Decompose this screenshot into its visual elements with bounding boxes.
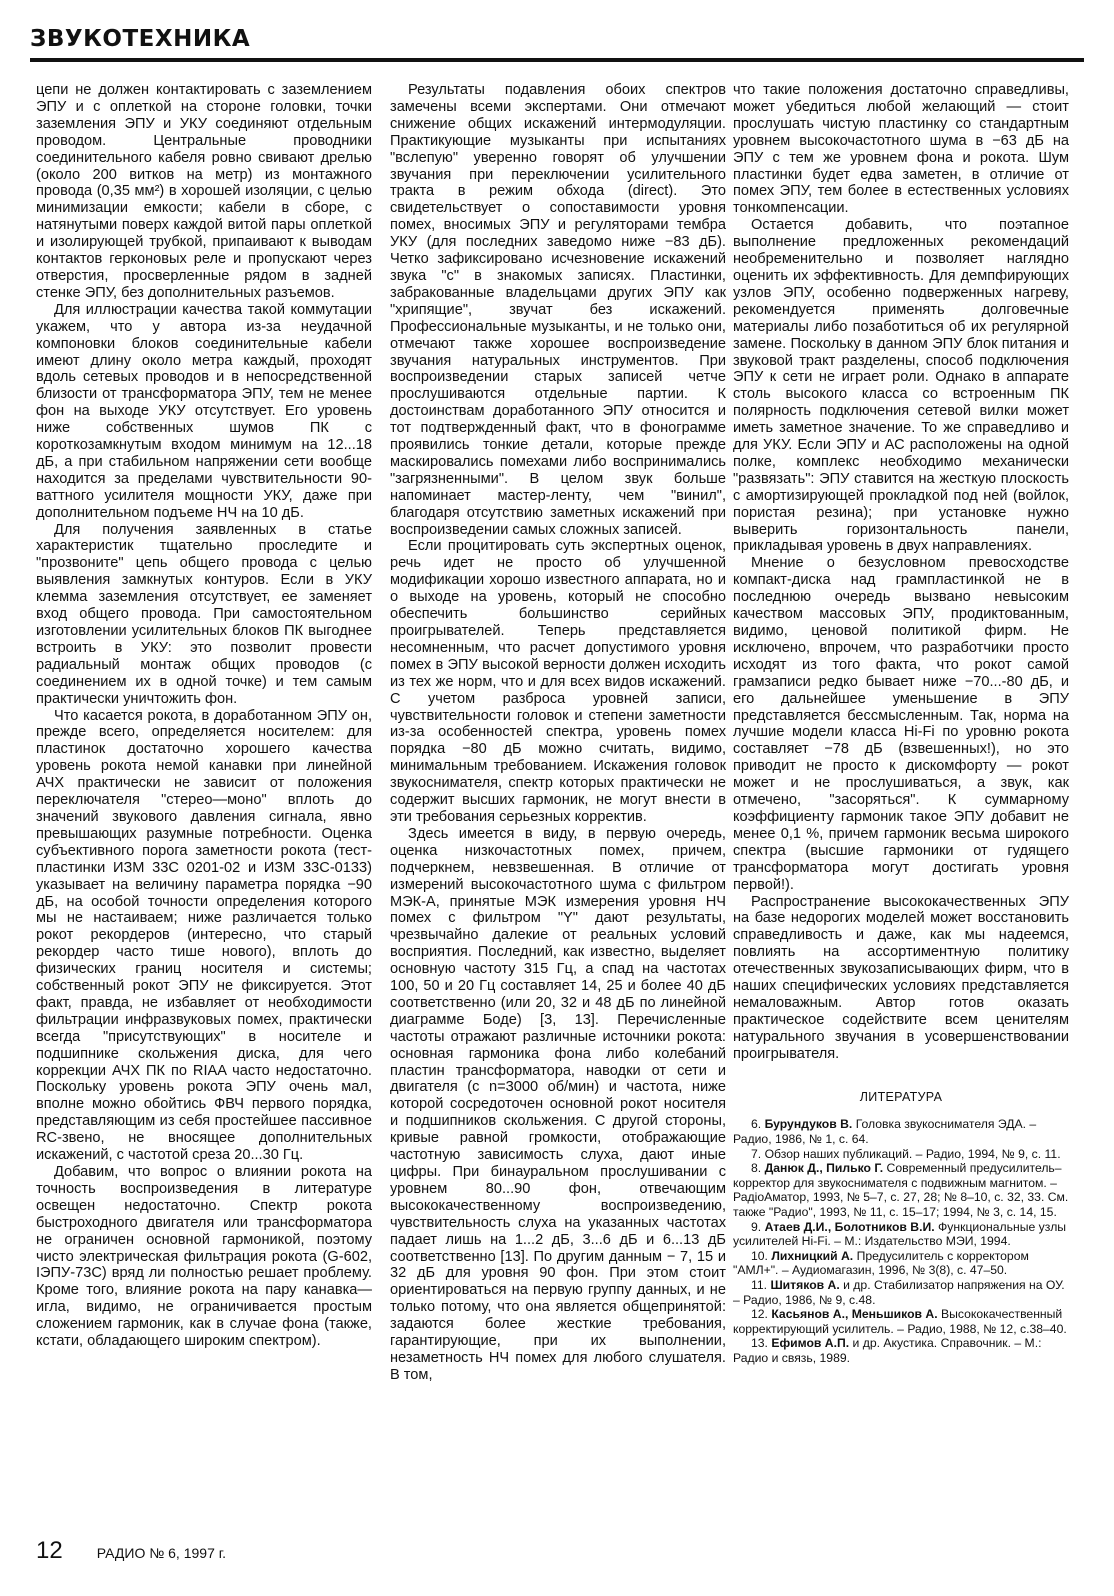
references-list: 6. Бурундуков В. Головка звукоснимателя … — [733, 1117, 1069, 1365]
page-number: 12 — [36, 1537, 63, 1565]
article-column-3: что такие положения достаточно справедли… — [733, 82, 1069, 1366]
paragraph: Для иллюстрации качества такой коммутаци… — [36, 302, 372, 522]
reference-item: 6. Бурундуков В. Головка звукоснимателя … — [733, 1117, 1069, 1146]
paragraph: Результаты подавления обоих спектров зам… — [390, 82, 726, 538]
reference-number: 11. — [751, 1278, 767, 1292]
paragraph: цепи не должен контактировать с заземлен… — [36, 82, 372, 302]
paragraph: Мнение о безусловном превосходстве компа… — [733, 555, 1069, 893]
reference-item: 11. Шитяков А. и др. Стабилизатор напряж… — [733, 1278, 1069, 1307]
reference-item: 12. Касьянов А., Меньшиков А. Высококаче… — [733, 1307, 1069, 1336]
reference-authors: Касьянов А., Меньшиков А. — [771, 1307, 937, 1321]
reference-number: 10. — [751, 1249, 768, 1263]
reference-authors: Атаев Д.И., Болотников В.И. — [765, 1220, 935, 1234]
article-column-2: Результаты подавления обоих спектров зам… — [390, 82, 726, 1384]
section-title: ЗВУКОТЕХНИКА — [30, 26, 250, 52]
reference-item: 13. Ефимов А.П. и др. Акустика. Справочн… — [733, 1336, 1069, 1365]
reference-number: 7. — [751, 1147, 761, 1161]
reference-authors: Бурундуков В. — [765, 1117, 853, 1131]
paragraph: Распространение высококачественных ЭПУ н… — [733, 894, 1069, 1063]
paragraph: Что касается рокота, в доработанном ЭПУ … — [36, 708, 372, 1164]
reference-authors: Шитяков А. — [770, 1278, 839, 1292]
page-footer: 12 РАДИО № 6, 1997 г. — [36, 1537, 226, 1565]
reference-item: 7. Обзор наших публикаций. – Радио, 1994… — [733, 1147, 1069, 1162]
paragraph: Если процитировать суть экспертных оцено… — [390, 538, 726, 825]
header-rule — [30, 58, 1084, 62]
reference-number: 12. — [751, 1307, 768, 1321]
reference-number: 6. — [751, 1117, 761, 1131]
paragraph: Здесь имеется в виду, в первую очередь, … — [390, 826, 726, 1384]
references-heading: ЛИТЕРАТУРА — [733, 1089, 1069, 1106]
reference-authors: Данюк Д., Пилько Г. — [765, 1161, 884, 1175]
reference-number: 8. — [751, 1161, 761, 1175]
reference-number: 9. — [751, 1220, 761, 1234]
reference-authors: Ефимов А.П. — [771, 1336, 849, 1350]
reference-authors: Лихницкий А. — [771, 1249, 853, 1263]
issue-label: РАДИО № 6, 1997 г. — [97, 1545, 226, 1561]
paragraph: Для получения заявленных в статье характ… — [36, 522, 372, 708]
reference-item: 8. Данюк Д., Пилько Г. Современный преду… — [733, 1161, 1069, 1219]
paragraph: что такие положения достаточно справедли… — [733, 82, 1069, 217]
reference-item: 10. Лихницкий А. Предусилитель с коррект… — [733, 1249, 1069, 1278]
reference-number: 13. — [751, 1336, 768, 1350]
paragraph: Остается добавить, что поэтапное выполне… — [733, 217, 1069, 555]
reference-text: Обзор наших публикаций. – Радио, 1994, №… — [765, 1147, 1061, 1161]
paragraph: Добавим, что вопрос о влиянии рокота на … — [36, 1164, 372, 1350]
article-column-1: цепи не должен контактировать с заземлен… — [36, 82, 372, 1350]
reference-item: 9. Атаев Д.И., Болотников В.И. Функциона… — [733, 1220, 1069, 1249]
